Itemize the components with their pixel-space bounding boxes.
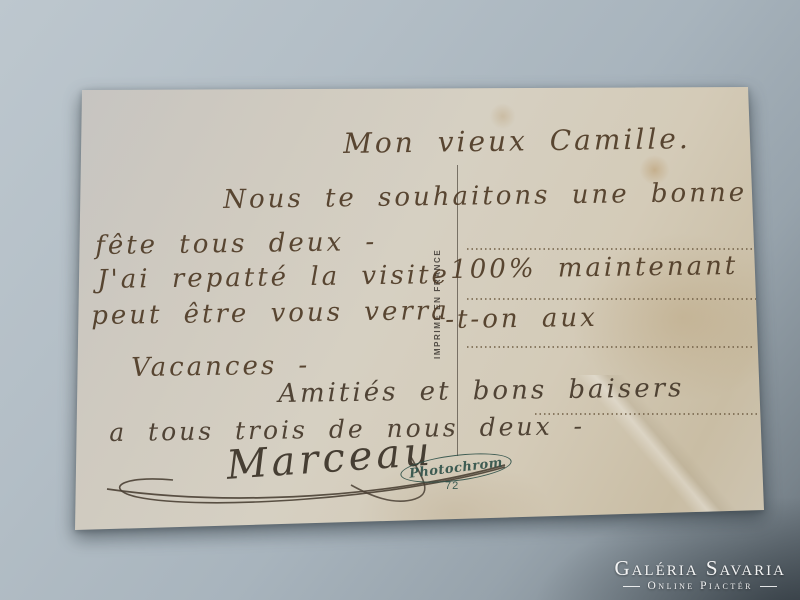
watermark-rule-left <box>623 586 640 587</box>
handwriting-line: fête tous deux - <box>95 227 377 261</box>
watermark-title: Galéria Savaria <box>614 557 786 579</box>
stamp-number: 72 <box>445 480 459 492</box>
watermark-rule-right <box>760 586 777 587</box>
address-dotted-line <box>467 346 754 348</box>
handwriting-line: peut être vous verra <box>91 296 450 331</box>
handwriting-line: 100% maintenant ; <box>450 251 772 285</box>
handwriting-line: Amitiés et bons baisers <box>278 373 685 409</box>
handwriting-line: Nous te souhaitons une bonne <box>223 178 747 215</box>
address-dotted-line <box>467 248 754 250</box>
watermark-subtitle-text: Online Piactér <box>647 580 752 592</box>
watermark-subtitle: Online Piactér <box>614 580 786 592</box>
postcard: IMPRIMÉ EN FRANCE Mon vieux Camille. Nou… <box>75 85 765 532</box>
postcard-paper: IMPRIMÉ EN FRANCE Mon vieux Camille. Nou… <box>75 85 765 532</box>
handwriting-line: J'ai repatté la visite <box>97 260 450 295</box>
address-dotted-line <box>467 298 756 300</box>
handwriting-line: -t-on aux <box>445 303 598 335</box>
photo-background: IMPRIMÉ EN FRANCE Mon vieux Camille. Nou… <box>0 0 800 600</box>
watermark: Galéria Savaria Online Piactér <box>614 557 786 592</box>
handwriting-salutation: Mon vieux Camille. <box>343 122 691 160</box>
